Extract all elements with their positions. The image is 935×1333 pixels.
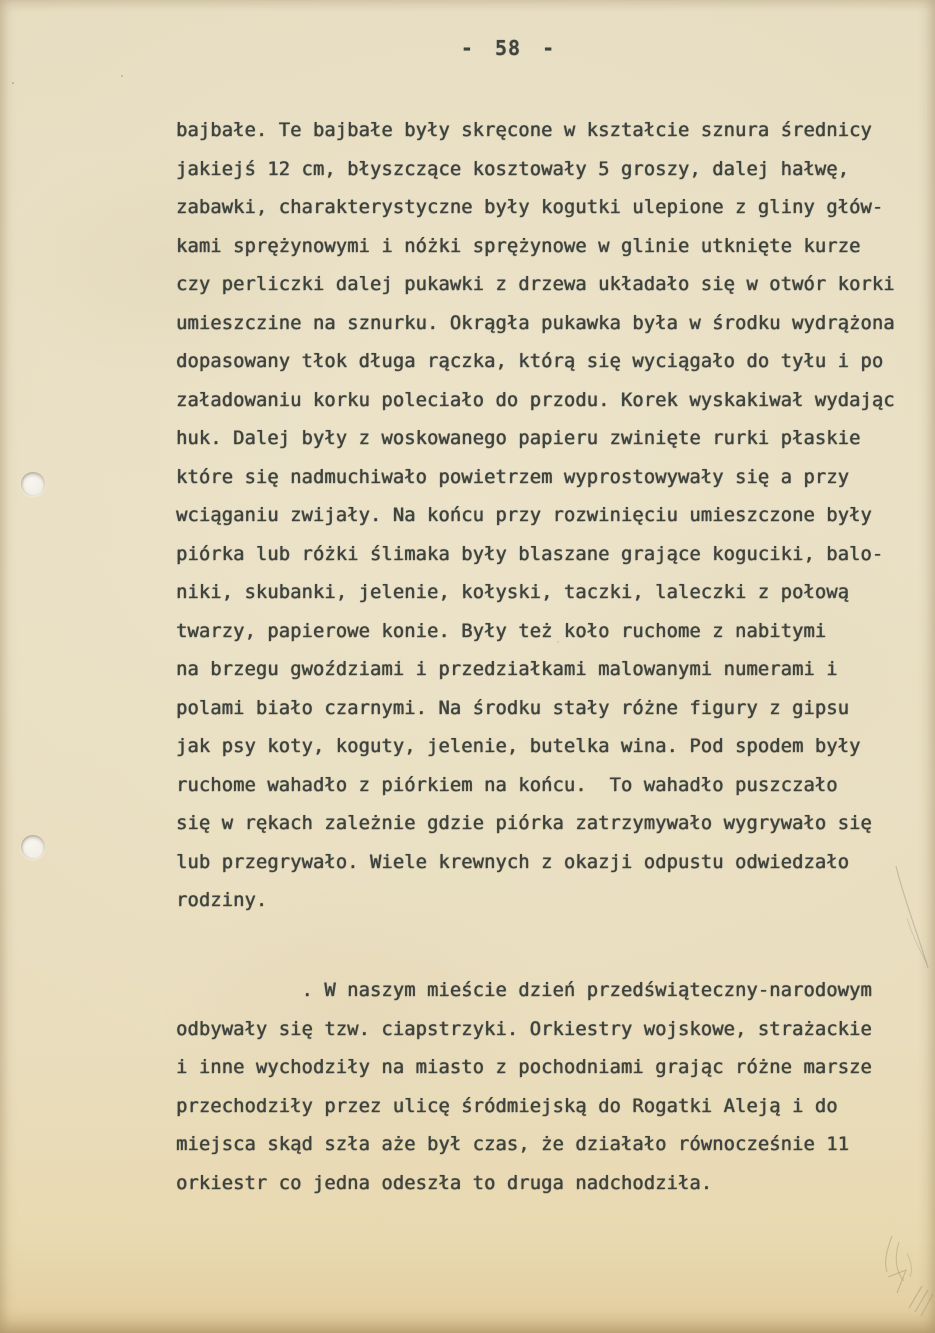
corner-hatch-mark (915, 1290, 928, 1312)
paragraph-2: . W naszym mieście dzień przedświąteczny… (176, 972, 924, 1203)
pencil-mark (886, 1236, 892, 1272)
text-line: się w rękach zależnie gdzie piórka zatrz… (176, 805, 924, 844)
text-line: rodziny. (176, 882, 924, 921)
text-line: piórka lub różki ślimaka były blaszane g… (176, 536, 924, 575)
text-line: i inne wychodziły na miasto z pochodniam… (176, 1049, 924, 1088)
text-line: . W naszym mieście dzień przedświąteczny… (176, 972, 924, 1011)
text-line: huk. Dalej były z woskowanego papieru zw… (176, 420, 924, 459)
pencil-mark (896, 1242, 904, 1281)
text-line: niki, skubanki, jelenie, kołyski, taczki… (176, 574, 924, 613)
text-line: twarzy, papierowe konie. Były też koło r… (176, 613, 924, 652)
text-line: miejsca skąd szła aże był czas, że dział… (176, 1126, 924, 1165)
text-line: które się nadmuchiwało powietrzem wypros… (176, 459, 924, 498)
punch-hole-top (21, 472, 45, 496)
text-line: przechodziły przez ulicę śródmiejską do … (176, 1088, 924, 1127)
text-line: jakiejś 12 cm, błyszczące kosztowały 5 g… (176, 151, 924, 190)
text-line: na brzegu gwoździami i przedziałkami mal… (176, 651, 924, 690)
text-line: ruchome wahadło z piórkiem na końcu. To … (176, 767, 924, 806)
corner-hatch-mark (909, 1286, 922, 1308)
text-line: wciąganiu zwijały. Na końcu przy rozwini… (176, 497, 924, 536)
text-line: odbywały się tzw. ciapstrzyki. Orkiestry… (176, 1011, 924, 1050)
crease-mark (907, 918, 927, 964)
corner-hatch-mark (921, 1294, 933, 1316)
pencil-mark (907, 1253, 911, 1277)
punch-hole-bottom (21, 835, 45, 859)
text-line: kami sprężynowymi i nóżki sprężynowe w g… (176, 228, 924, 267)
text-line: jak psy koty, koguty, jelenie, butelka w… (176, 728, 924, 767)
text-line: dopasowany tłok długa rączka, którą się … (176, 343, 924, 382)
text-line: lub przegrywało. Wiele krewnych z okazji… (176, 844, 924, 883)
paragraph-1: bajbałe. Te bajbałe były skręcone w kszt… (176, 112, 924, 921)
paper-speck (12, 82, 14, 84)
text-line: załadowaniu korku poleciało do przodu. K… (176, 382, 924, 421)
page-number: - 58 - (428, 36, 588, 60)
text-line: orkiestr co jedna odeszła to druga nadch… (176, 1165, 924, 1204)
text-line: zabawki, charakterystyczne były kogutki … (176, 189, 924, 228)
text-line: bajbałe. Te bajbałe były skręcone w kszt… (176, 112, 924, 151)
pencil-mark (888, 1270, 906, 1293)
text-line: umieszczine na sznurku. Okrągła pukawka … (176, 305, 924, 344)
document-page: - 58 - bajbałe. Te bajbałe były skręcone… (0, 0, 935, 1333)
text-line: czy perliczki dalej pukawki z drzewa ukł… (176, 266, 924, 305)
paper-speck (121, 75, 123, 77)
text-line: polami biało czarnymi. Na środku stały r… (176, 690, 924, 729)
